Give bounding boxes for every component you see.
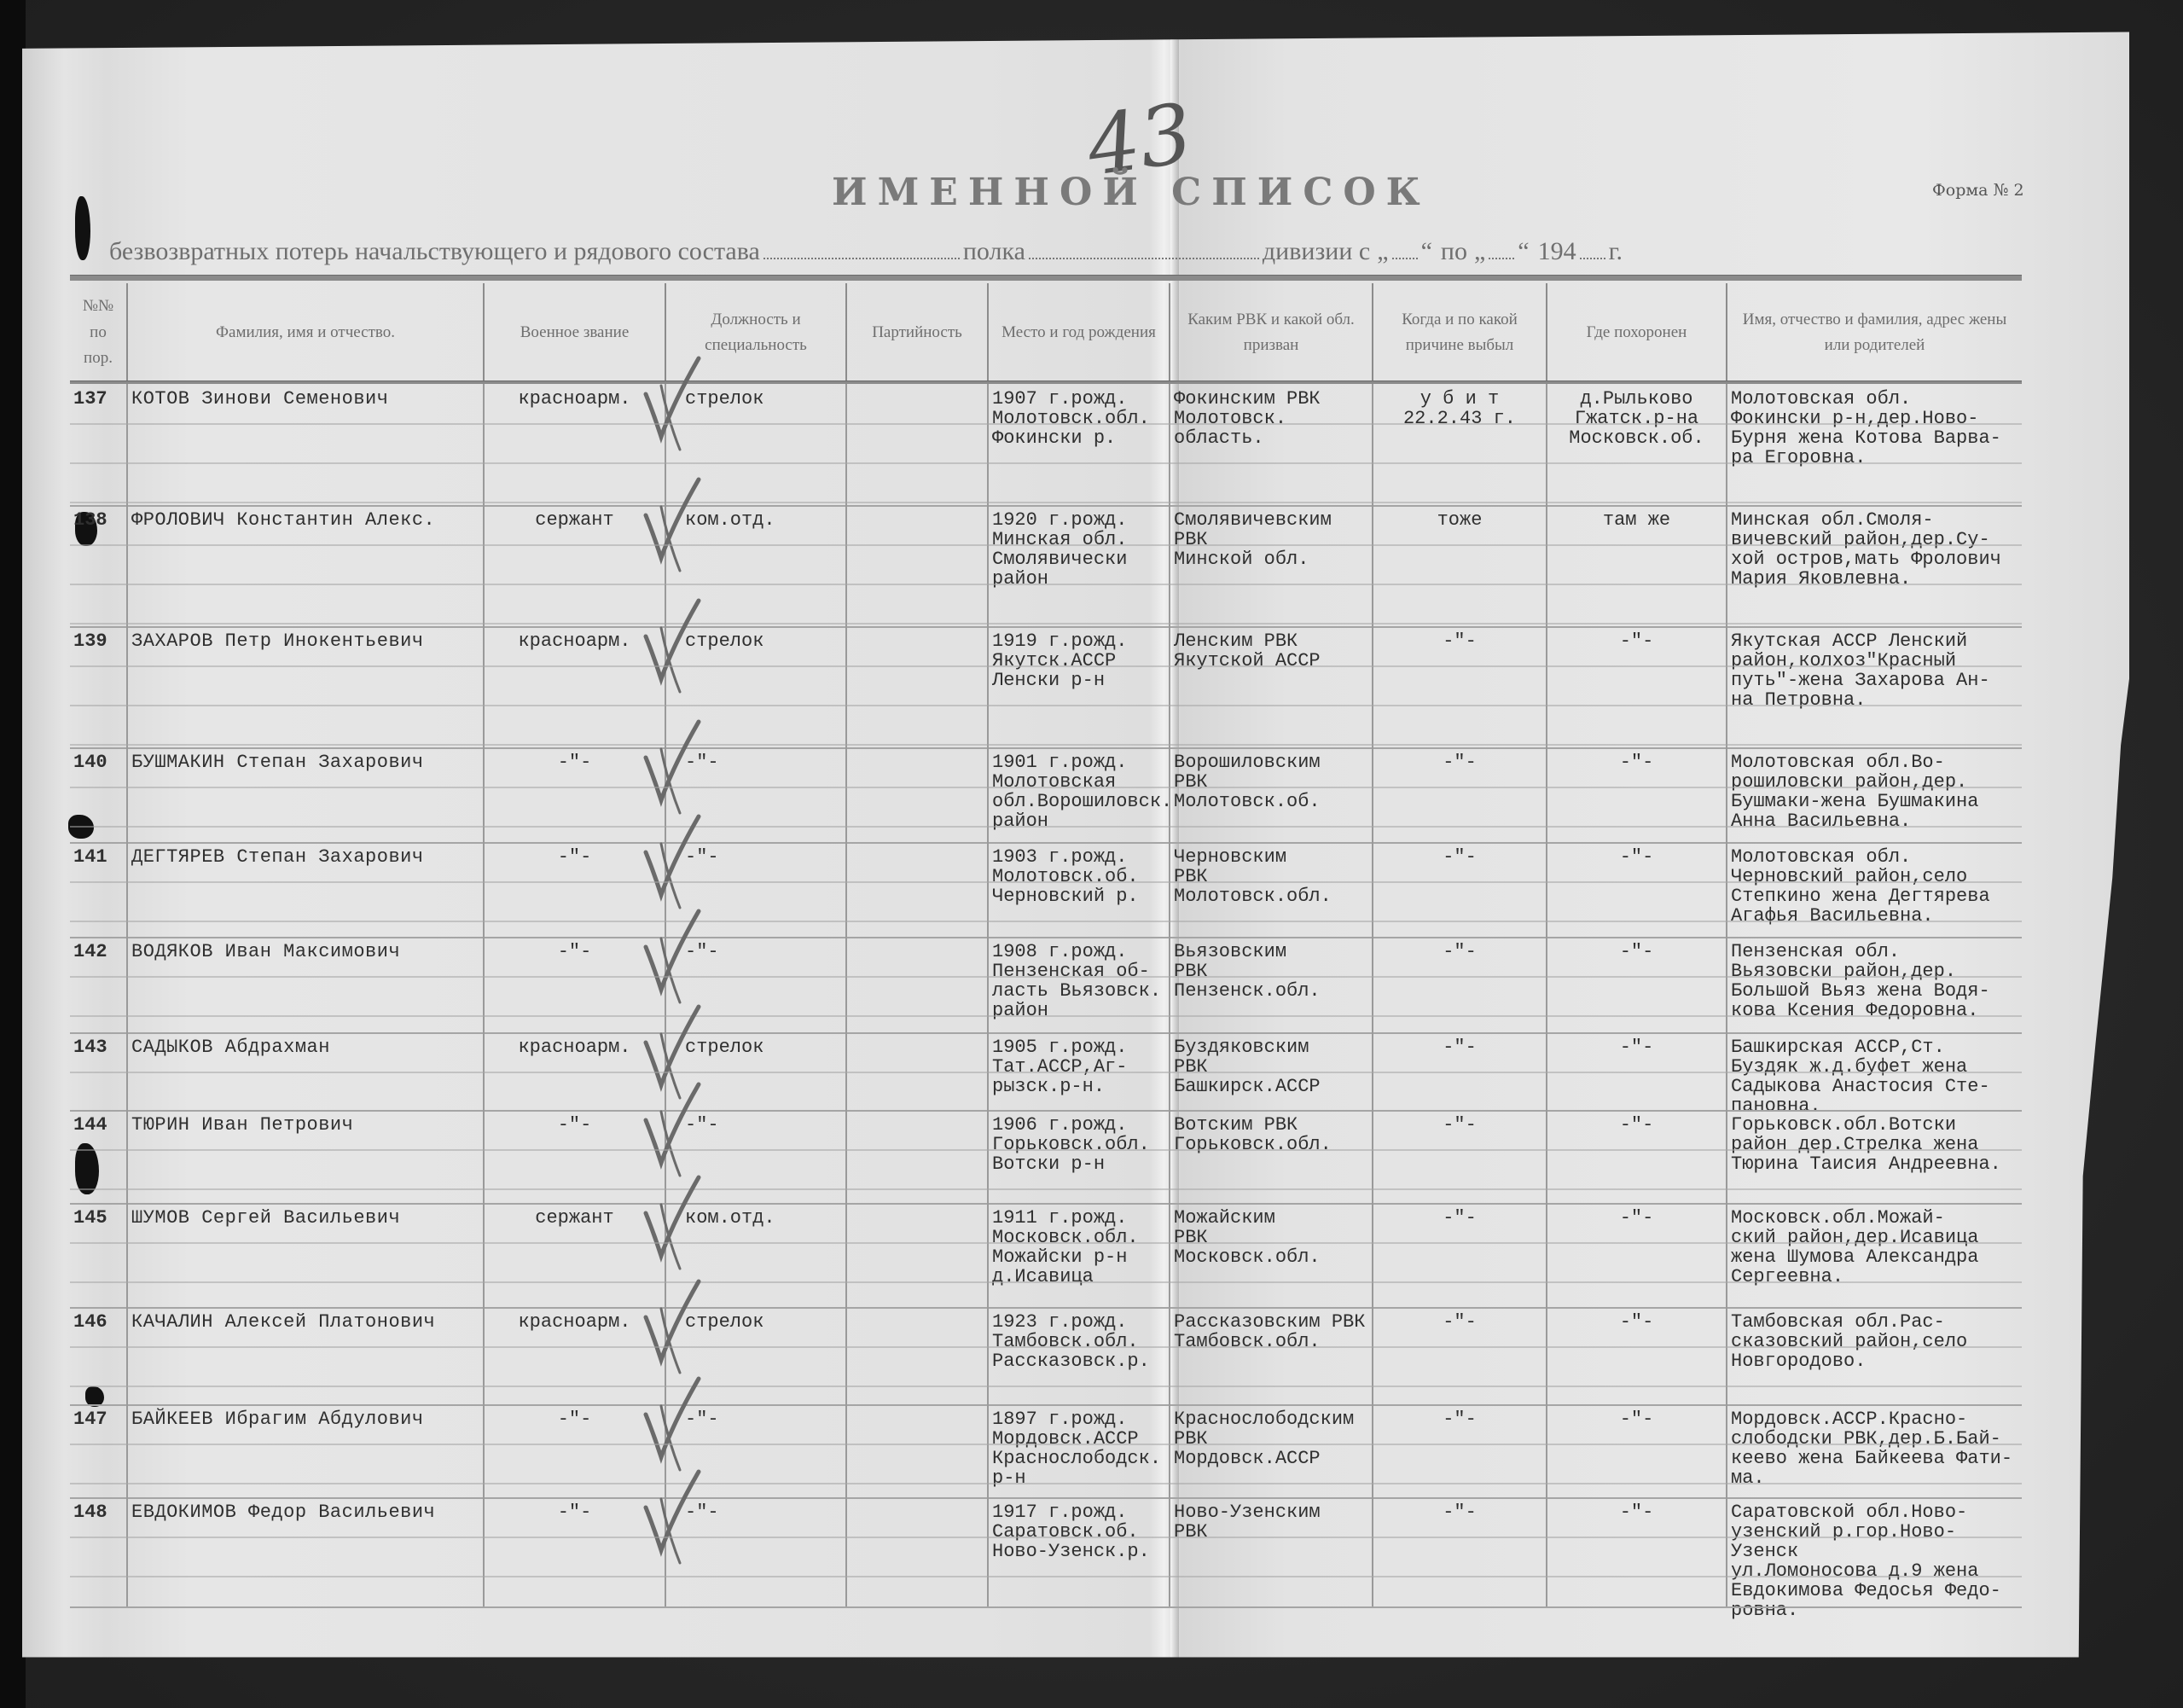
ruled-line (70, 1537, 2022, 1538)
col-header-relatives: Имя, отчество и фамилия, адрес жены или … (1727, 283, 2022, 382)
conscription-office: Черновским РВК Молотовск.обл. (1170, 842, 1373, 937)
loss-date-reason: -"- (1373, 937, 1547, 1032)
table-row: 142ВОДЯКОВ Иван Максимович-"--"-1908 г.р… (70, 937, 2022, 1032)
col-header-when-why: Когда и по какой причине выбыл (1373, 283, 1547, 382)
conscription-office: Фокинским РВК Молотовск. область. (1170, 384, 1373, 505)
loss-date-reason: -"- (1373, 1203, 1547, 1307)
soldier-name: ЕВДОКИМОВ Федор Васильевич (128, 1497, 485, 1606)
year-suffix: г. (1609, 237, 1623, 266)
ruled-line (70, 584, 2022, 585)
conscription-office: Рассказовским РВК Тамбовск.обл. (1170, 1307, 1373, 1404)
relatives-address: Саратовской обл.Ново- узенский р.гор.Нов… (1727, 1497, 2022, 1606)
party-membership (847, 747, 989, 842)
soldier-name: БУШМАКИН Степан Захарович (128, 747, 485, 842)
date-from-blank (1392, 258, 1418, 259)
birth-place-year: 1920 г.рожд. Минская обл. Смолявически р… (989, 505, 1170, 626)
position: ком.отд. (666, 505, 847, 626)
birth-place-year: 1907 г.рожд. Молотовск.обл. Фокински р. (989, 384, 1170, 505)
ruled-line (70, 1072, 2022, 1073)
birth-place-year: 1919 г.рожд. Якутск.АССР Ленски р-н (989, 626, 1170, 747)
col-header-birth: Место и год рождения (989, 283, 1170, 382)
col-header-name: Фамилия, имя и отчество. (128, 283, 485, 382)
col-header-conscription: Каким РВК и какой обл. призван (1170, 283, 1373, 382)
loss-date-reason: тоже (1373, 505, 1547, 626)
date-to-label: по (1441, 237, 1467, 266)
ruled-line (70, 1242, 2022, 1244)
party-membership (847, 505, 989, 626)
loss-date-reason: -"- (1373, 1497, 1547, 1606)
document-subtitle: безвозвратных потерь начальствующего и р… (109, 237, 2012, 266)
ruled-line (70, 544, 2022, 546)
ruled-line (70, 826, 2022, 828)
birth-place-year: 1911 г.рожд. Московск.обл. Можайски р-н … (989, 1203, 1170, 1307)
table-top-rule (70, 275, 2022, 281)
row-separator (70, 1606, 2022, 1608)
date-to-open: „ (1474, 237, 1485, 266)
relatives-address: Пензенская обл. Вьязовски район,дер. Бол… (1727, 937, 2022, 1032)
burial-place: -"- (1547, 842, 1727, 937)
party-membership (847, 626, 989, 747)
burial-place: д.Рыльково Гжатск.р-на Московск.об. (1547, 384, 1727, 505)
soldier-name: ФРОЛОВИЧ Константин Алекс. (128, 505, 485, 626)
ruled-line (70, 1386, 2022, 1387)
burial-place: -"- (1547, 1307, 1727, 1404)
loss-date-reason: -"- (1373, 842, 1547, 937)
soldier-name: КАЧАЛИН Алексей Платонович (128, 1307, 485, 1404)
table-row: 137КОТОВ Зинови Семеновичкрасноарм.стрел… (70, 384, 2022, 505)
table-row: 140БУШМАКИН Степан Захарович-"--"-1901 г… (70, 747, 2022, 842)
form-label: Форма № 2 (1932, 181, 2024, 200)
military-rank: сержант (485, 1203, 666, 1307)
military-rank: красноарм. (485, 384, 666, 505)
date-to-close: “ (1518, 237, 1529, 266)
soldier-name: ШУМОВ Сергей Васильевич (128, 1203, 485, 1307)
relatives-address: Молотовская обл. Фокински р-н,дер.Ново- … (1727, 384, 2022, 505)
relatives-address: Минская обл.Смоля- вичевский район,дер.С… (1727, 505, 2022, 626)
row-number: 148 (70, 1497, 128, 1606)
soldier-name: ЗАХАРОВ Петр Инокентьевич (128, 626, 485, 747)
loss-date-reason: у б и т 22.2.43 г. (1373, 384, 1547, 505)
ruled-line (70, 462, 2022, 464)
ruled-line (70, 1188, 2022, 1190)
military-rank: -"- (485, 937, 666, 1032)
birth-place-year: 1908 г.рожд. Пензенская об- ласть Вьязов… (989, 937, 1170, 1032)
row-number: 137 (70, 384, 128, 505)
ruled-line (70, 1149, 2022, 1151)
relatives-address: Московск.обл.Можай- ский район,дер.Исави… (1727, 1203, 2022, 1307)
conscription-office: Можайским РВК Московск.обл. (1170, 1203, 1373, 1307)
military-rank: -"- (485, 747, 666, 842)
date-to-blank (1489, 258, 1514, 259)
loss-date-reason: -"- (1373, 1307, 1547, 1404)
birth-place-year: 1901 г.рожд. Молотовская обл.Ворошиловск… (989, 747, 1170, 842)
ruled-line (70, 1576, 2022, 1577)
ruled-line (70, 665, 2022, 667)
row-number: 139 (70, 626, 128, 747)
loss-date-reason: -"- (1373, 626, 1547, 747)
row-number: 145 (70, 1203, 128, 1307)
party-membership (847, 384, 989, 505)
table-row: 138ФРОЛОВИЧ Константин Алекс.сержантком.… (70, 505, 2022, 626)
burial-place: -"- (1547, 747, 1727, 842)
conscription-office: Ново-Узенским РВК (1170, 1497, 1373, 1606)
row-number: 146 (70, 1307, 128, 1404)
birth-place-year: 1923 г.рожд. Тамбовск.обл. Рассказовск.р… (989, 1307, 1170, 1404)
col-header-number: №№ по пор. (70, 283, 128, 382)
table-row: 139ЗАХАРОВ Петр Инокентьевичкрасноарм.ст… (70, 626, 2022, 747)
position: стрелок (666, 1307, 847, 1404)
division-label: дивизии с (1263, 237, 1370, 266)
relatives-address: Якутская АССР Ленский район,колхоз"Красн… (1727, 626, 2022, 747)
year-prefix: 194 (1538, 237, 1576, 266)
unit-blank (763, 258, 960, 259)
military-rank: -"- (485, 842, 666, 937)
military-rank: -"- (485, 1497, 666, 1606)
date-from-close: “ (1421, 237, 1432, 266)
position: стрелок (666, 384, 847, 505)
regiment-blank (1029, 258, 1259, 259)
col-header-party: Партийность (847, 283, 989, 382)
position: -"- (666, 747, 847, 842)
party-membership (847, 842, 989, 937)
position: ком.отд. (666, 1203, 847, 1307)
party-membership (847, 937, 989, 1032)
ruled-line (70, 423, 2022, 425)
ruled-line (70, 705, 2022, 706)
ruled-line (70, 623, 2022, 625)
position: -"- (666, 1497, 847, 1606)
soldier-name: КОТОВ Зинови Семенович (128, 384, 485, 505)
scan-edge (0, 0, 26, 1708)
ruled-line (70, 1015, 2022, 1017)
date-from-open: „ (1377, 237, 1388, 266)
ruled-line (70, 502, 2022, 503)
document-title: ИМЕННОЙ СПИСОК (832, 171, 1431, 214)
soldier-name: ДЕГТЯРЕВ Степан Захарович (128, 842, 485, 937)
relatives-address: Молотовская обл.Во- рошиловски район,дер… (1727, 747, 2022, 842)
subtitle-lead: безвозвратных потерь начальствующего и р… (109, 237, 760, 266)
relatives-address: Молотовская обл. Черновский район,село С… (1727, 842, 2022, 937)
ruled-line (70, 1444, 2022, 1445)
position: стрелок (666, 626, 847, 747)
relatives-address: Тамбовская обл.Рас- сказовский район,сел… (1727, 1307, 2022, 1404)
burial-place: -"- (1547, 1497, 1727, 1606)
table-row: 145ШУМОВ Сергей Васильевичсержантком.отд… (70, 1203, 2022, 1307)
birth-place-year: 1903 г.рожд. Молотовск.об. Черновский р. (989, 842, 1170, 937)
soldier-name: ВОДЯКОВ Иван Максимович (128, 937, 485, 1032)
burial-place: -"- (1547, 937, 1727, 1032)
military-rank: сержант (485, 505, 666, 626)
burial-place: -"- (1547, 626, 1727, 747)
col-header-buried: Где похоронен (1547, 283, 1727, 382)
ruled-line (70, 787, 2022, 788)
ruled-line (70, 1483, 2022, 1484)
position: -"- (666, 937, 847, 1032)
regiment-label: полка (963, 237, 1025, 266)
row-number: 140 (70, 747, 128, 842)
row-number: 141 (70, 842, 128, 937)
birth-place-year: 1917 г.рожд. Саратовск.об. Ново-Узенск.р… (989, 1497, 1170, 1606)
military-rank: красноарм. (485, 626, 666, 747)
party-membership (847, 1497, 989, 1606)
row-number: 142 (70, 937, 128, 1032)
row-number: 138 (70, 505, 128, 626)
ruled-line (70, 881, 2022, 883)
col-header-rank: Военное звание (485, 283, 666, 382)
ruled-line (70, 744, 2022, 746)
loss-date-reason: -"- (1373, 747, 1547, 842)
party-membership (847, 1307, 989, 1404)
year-blank (1580, 258, 1605, 259)
ruled-line (70, 1346, 2022, 1348)
conscription-office: Ворошиловским РВК Молотовск.об. (1170, 747, 1373, 842)
ruled-line (70, 976, 2022, 978)
table-row: 148ЕВДОКИМОВ Федор Васильевич-"--"-1917 … (70, 1497, 2022, 1606)
ruled-line (70, 921, 2022, 922)
table-row: 141ДЕГТЯРЕВ Степан Захарович-"--"-1903 г… (70, 842, 2022, 937)
party-membership (847, 1203, 989, 1307)
burial-place: там же (1547, 505, 1727, 626)
ruled-line (70, 1281, 2022, 1283)
conscription-office: Ленским РВК Якутской АССР (1170, 626, 1373, 747)
position: -"- (666, 842, 847, 937)
burial-place: -"- (1547, 1203, 1727, 1307)
table-header: №№ по пор. Фамилия, имя и отчество. Воен… (70, 283, 2022, 382)
col-header-position: Должность и специальность (666, 283, 847, 382)
conscription-office: Смолявичевским РВК Минской обл. (1170, 505, 1373, 626)
conscription-office: Вьязовским РВК Пензенск.обл. (1170, 937, 1373, 1032)
military-rank: красноарм. (485, 1307, 666, 1404)
table-row: 146КАЧАЛИН Алексей Платоновичкрасноарм.с… (70, 1307, 2022, 1404)
